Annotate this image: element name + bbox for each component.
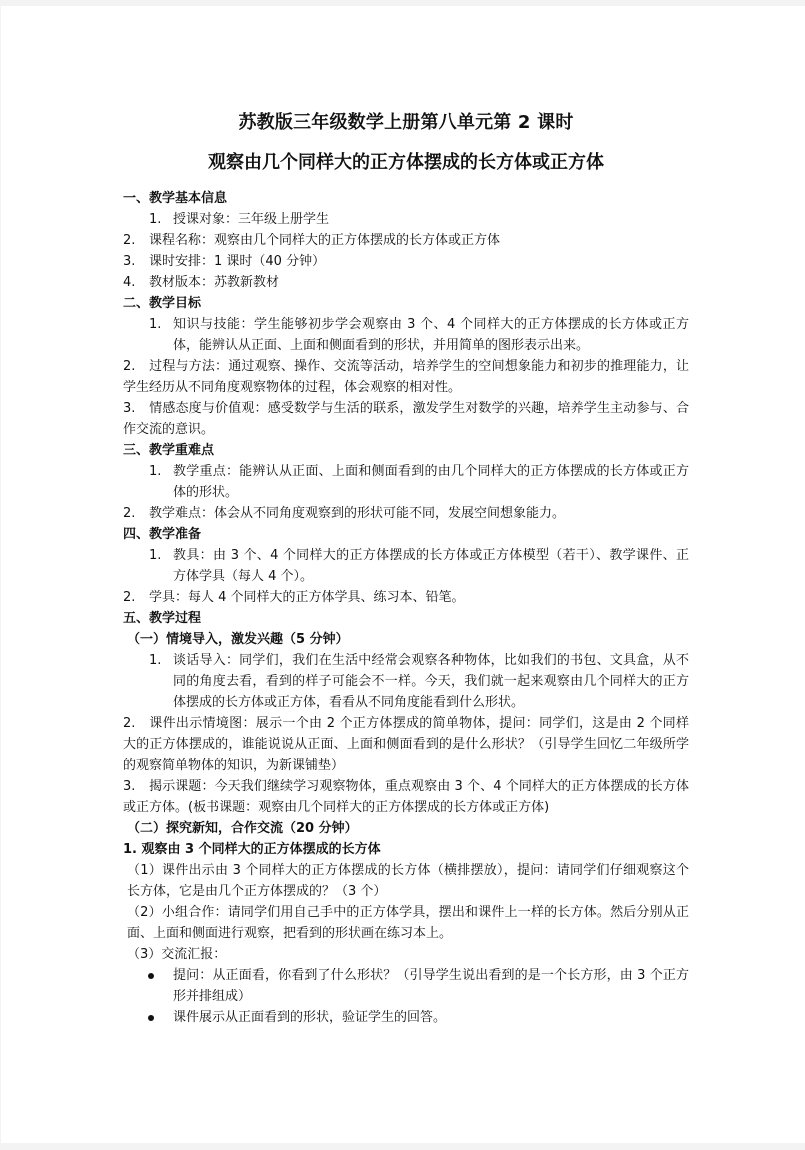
- document-subtitle: 观察由几个同样大的正方体摆成的长方体或正方体: [123, 151, 689, 175]
- step-item: （3）交流汇报：: [123, 944, 689, 965]
- bullet-icon: [148, 1015, 154, 1021]
- list-number: 2.: [123, 230, 149, 251]
- list-number: 3.: [123, 398, 149, 419]
- list-text: 教学难点：体会从不同角度观察到的形状可能不同，发展空间想象能力。: [149, 506, 565, 521]
- list-item: 2.课件出示情境图：展示一个由 2 个正方体摆成的简单物体，提问：同学们，这是由…: [123, 713, 689, 776]
- list-item: 1. 教学重点：能辨认从正面、上面和侧面看到的由几个同样大的正方体摆成的长方体或…: [123, 461, 689, 503]
- list-number: 1.: [149, 545, 161, 566]
- list-item: 2.学具：每人 4 个同样大的正方体学具、练习本、铅笔。: [123, 587, 689, 608]
- section-heading-key-points: 三、教学重难点: [123, 440, 689, 461]
- document-page: 苏教版三年级数学上册第八单元第 2 课时 观察由几个同样大的正方体摆成的长方体或…: [1, 6, 805, 1143]
- list-text: 教学重点：能辨认从正面、上面和侧面看到的由几个同样大的正方体摆成的长方体或正方体…: [173, 464, 689, 500]
- list-number: 2.: [123, 503, 149, 524]
- list-item: 1. 谈话导入：同学们，我们在生活中经常会观察各种物体，比如我们的书包、文具盒，…: [123, 650, 689, 713]
- list-text: 教具：由 3 个、4 个同样大的正方体摆成的长方体或正方体模型（若干）、教学课件…: [173, 548, 689, 584]
- list-text: 过程与方法：通过观察、操作、交流等活动，培养学生的空间想象能力和初步的推理能力，…: [123, 359, 689, 395]
- list-text: 情感态度与价值观：感受数学与生活的联系，激发学生对数学的兴趣，培养学生主动参与、…: [123, 401, 689, 437]
- list-item: 1. 知识与技能：学生能够初步学会观察由 3 个、4 个同样大的正方体摆成的长方…: [123, 314, 689, 356]
- list-item: 2.过程与方法：通过观察、操作、交流等活动，培养学生的空间想象能力和初步的推理能…: [123, 356, 689, 398]
- list-number: 2.: [123, 356, 149, 377]
- list-item: 2.课程名称：观察由几个同样大的正方体摆成的长方体或正方体: [123, 230, 689, 251]
- bullet-text: 课件展示从正面看到的形状，验证学生的回答。: [173, 1010, 446, 1025]
- list-number: 1.: [149, 650, 161, 671]
- list-number: 2.: [123, 713, 149, 734]
- list-number: 1.: [149, 314, 161, 335]
- step-number: （3）: [127, 947, 161, 962]
- page-bottom-margin: [0, 1143, 805, 1150]
- section-heading-objectives: 二、教学目标: [123, 293, 689, 314]
- bullet-item: 提问：从正面看，你看到了什么形状？（引导学生说出看到的是一个长方形，由 3 个正…: [123, 965, 689, 1007]
- list-item: 2.教学难点：体会从不同角度观察到的形状可能不同，发展空间想象能力。: [123, 503, 689, 524]
- list-item: 3.揭示课题：今天我们继续学习观察物体，重点观察由 3 个、4 个同样大的正方体…: [123, 776, 689, 818]
- list-number: 2.: [123, 587, 149, 608]
- list-number: 1.: [149, 461, 161, 482]
- bullet-text: 提问：从正面看，你看到了什么形状？（引导学生说出看到的是一个长方形，由 3 个正…: [173, 968, 689, 1004]
- list-text: 课件出示情境图：展示一个由 2 个正方体摆成的简单物体，提问：同学们，这是由 2…: [123, 716, 689, 773]
- step-number: （1）: [127, 863, 162, 878]
- step-number: （2）: [127, 905, 162, 920]
- list-text: 课时安排：1 课时（40 分钟）: [149, 254, 325, 269]
- list-text: 学具：每人 4 个同样大的正方体学具、练习本、铅笔。: [149, 590, 465, 605]
- subsection-heading-explore: （二）探究新知，合作交流（20 分钟）: [123, 818, 689, 839]
- section-heading-process: 五、教学过程: [123, 608, 689, 629]
- section-heading-basic-info: 一、教学基本信息: [123, 188, 689, 209]
- bullet-icon: [148, 973, 154, 979]
- step-text: 小组合作：请同学们用自己手中的正方体学具，摆出和课件上一样的长方体。然后分别从正…: [127, 905, 689, 941]
- list-text: 谈话导入：同学们，我们在生活中经常会观察各种物体，比如我们的书包、文具盒，从不同…: [173, 653, 689, 710]
- section-heading-preparation: 四、教学准备: [123, 524, 689, 545]
- list-text: 教材版本：苏教新教材: [149, 275, 279, 290]
- bullet-item: 课件展示从正面看到的形状，验证学生的回答。: [123, 1007, 689, 1028]
- step-item: （2）小组合作：请同学们用自己手中的正方体学具，摆出和课件上一样的长方体。然后分…: [123, 902, 689, 944]
- step-text: 课件出示由 3 个同样大的正方体摆成的长方体（横排摆放），提问：请同学们仔细观察…: [127, 863, 689, 899]
- list-item: 3.课时安排：1 课时（40 分钟）: [123, 251, 689, 272]
- list-text: 知识与技能：学生能够初步学会观察由 3 个、4 个同样大的正方体摆成的长方体或正…: [173, 317, 689, 353]
- document-body: 一、教学基本信息 1. 授课对象：三年级上册学生 2.课程名称：观察由几个同样大…: [123, 188, 689, 1028]
- list-item: 3.情感态度与价值观：感受数学与生活的联系，激发学生对数学的兴趣，培养学生主动参…: [123, 398, 689, 440]
- list-number: 4.: [123, 272, 149, 293]
- list-number: 1.: [149, 209, 161, 230]
- list-number: 3.: [123, 251, 149, 272]
- document-title: 苏教版三年级数学上册第八单元第 2 课时: [123, 111, 689, 135]
- list-text: 课程名称：观察由几个同样大的正方体摆成的长方体或正方体: [149, 233, 500, 248]
- list-item: 4.教材版本：苏教新教材: [123, 272, 689, 293]
- topic-heading-three-cubes: 1. 观察由 3 个同样大的正方体摆成的长方体: [123, 839, 689, 860]
- list-text: 揭示课题：今天我们继续学习观察物体，重点观察由 3 个、4 个同样大的正方体摆成…: [123, 779, 689, 815]
- subsection-heading-intro: （一）情境导入，激发兴趣（5 分钟）: [123, 629, 689, 650]
- step-text: 交流汇报：: [161, 947, 226, 962]
- list-number: 3.: [123, 776, 149, 797]
- list-item: 1. 授课对象：三年级上册学生: [123, 209, 689, 230]
- list-text: 授课对象：三年级上册学生: [173, 212, 329, 227]
- list-item: 1. 教具：由 3 个、4 个同样大的正方体摆成的长方体或正方体模型（若干）、教…: [123, 545, 689, 587]
- step-item: （1）课件出示由 3 个同样大的正方体摆成的长方体（横排摆放），提问：请同学们仔…: [123, 860, 689, 902]
